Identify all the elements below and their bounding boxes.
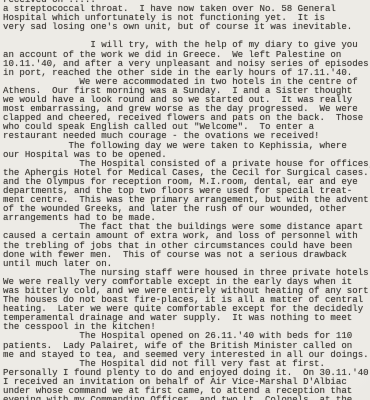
text-line-clipped-bottom: evening with my Commanding Officer, and …: [3, 395, 370, 400]
text-line: very sad losing one's own unit, but of c…: [3, 22, 370, 31]
typewritten-letter: received on ..... a streptococcal throat…: [3, 0, 370, 400]
document-page: received on ..... a streptococcal throat…: [0, 0, 370, 400]
